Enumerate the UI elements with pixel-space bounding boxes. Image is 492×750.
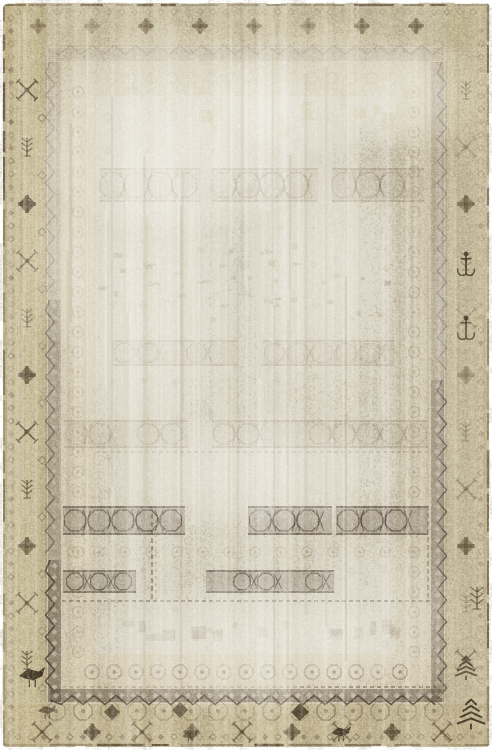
rug-pattern-layer <box>0 0 492 750</box>
rug-pattern-svg <box>0 0 492 750</box>
rug-photo <box>0 0 492 750</box>
